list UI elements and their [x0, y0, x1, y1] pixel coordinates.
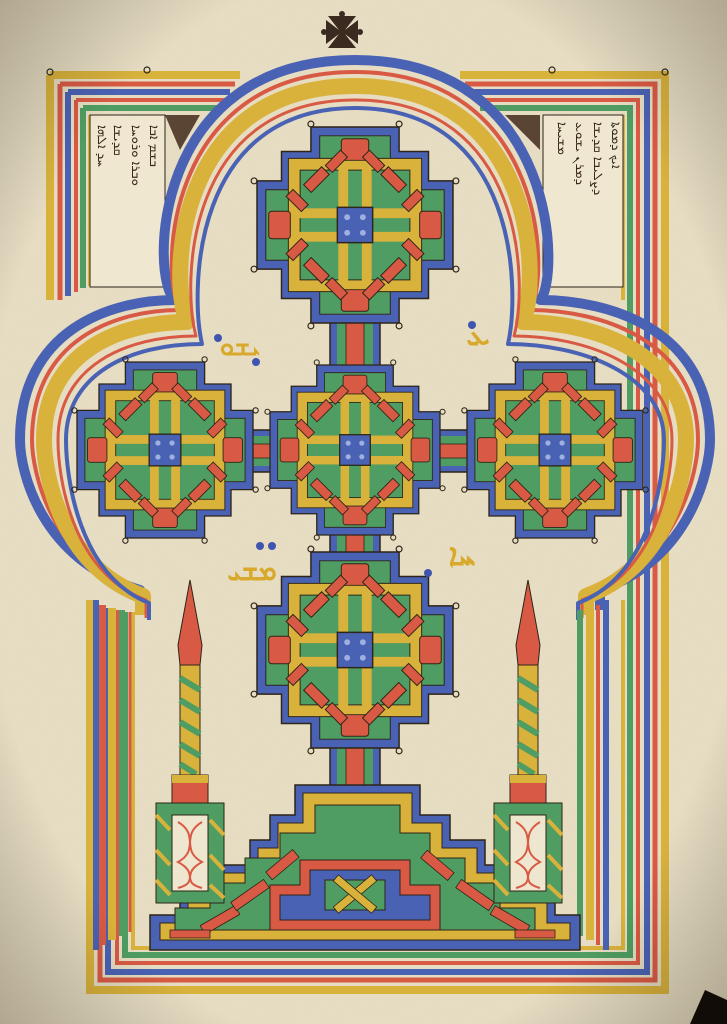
- svg-text:ܘܒܪܐ ܘܪܘܚܐ: ܘܒܪܐ ܘܪܘܚܐ: [128, 125, 143, 186]
- svg-text:ܡܫܝܚܐ: ܡܫܝܚܐ: [554, 122, 569, 155]
- inscription-lower-right: ܚܐ: [449, 538, 476, 573]
- inscription-lower-left: ܡܫܝ: [227, 554, 276, 587]
- cross-top-medallion: [251, 121, 459, 329]
- svg-text:ܐܝܟ ܕܡܘܬܐ: ܐܝܟ ܕܡܘܬܐ: [608, 122, 623, 169]
- illumination: ܝܫܘ ܥ ܡܫܝ ܚܐ ܒܫܡ ܐܒܐ ܘܒܪܐ ܘܪܘܚܐ ܩܕܝܫܐ ܚܕ…: [0, 0, 727, 1024]
- cross-center-medallion: [265, 360, 445, 540]
- cross-left-medallion: [72, 357, 259, 544]
- svg-text:ܕܡܪܢ ܝܫܘܥ: ܕܡܪܢ ܝܫܘܥ: [572, 122, 587, 185]
- svg-text:ܩܕܝܫܐ: ܩܕܝܫܐ: [110, 125, 125, 156]
- svg-text:ܕܨܠܝܒܐ ܩܕܝܫܐ: ܕܨܠܝܒܐ ܩܕܝܫܐ: [590, 122, 605, 195]
- cross-lower-medallion: [251, 546, 459, 754]
- cross-right-medallion: [462, 357, 649, 544]
- manuscript-page: ܝܫܘ ܥ ܡܫܝ ܚܐ ܒܫܡ ܐܒܐ ܘܒܪܐ ܘܪܘܚܐ ܩܕܝܫܐ ܚܕ…: [0, 0, 727, 1024]
- svg-text:ܚܕ ܐܠܗܐ: ܚܕ ܐܠܗܐ: [94, 125, 109, 167]
- svg-text:ܒܫܡ ܐܒܐ: ܒܫܡ ܐܒܐ: [146, 125, 161, 167]
- inscription-upper-right: ܥ: [466, 318, 489, 353]
- inscription-upper-left: ܝܫܘ: [220, 332, 260, 362]
